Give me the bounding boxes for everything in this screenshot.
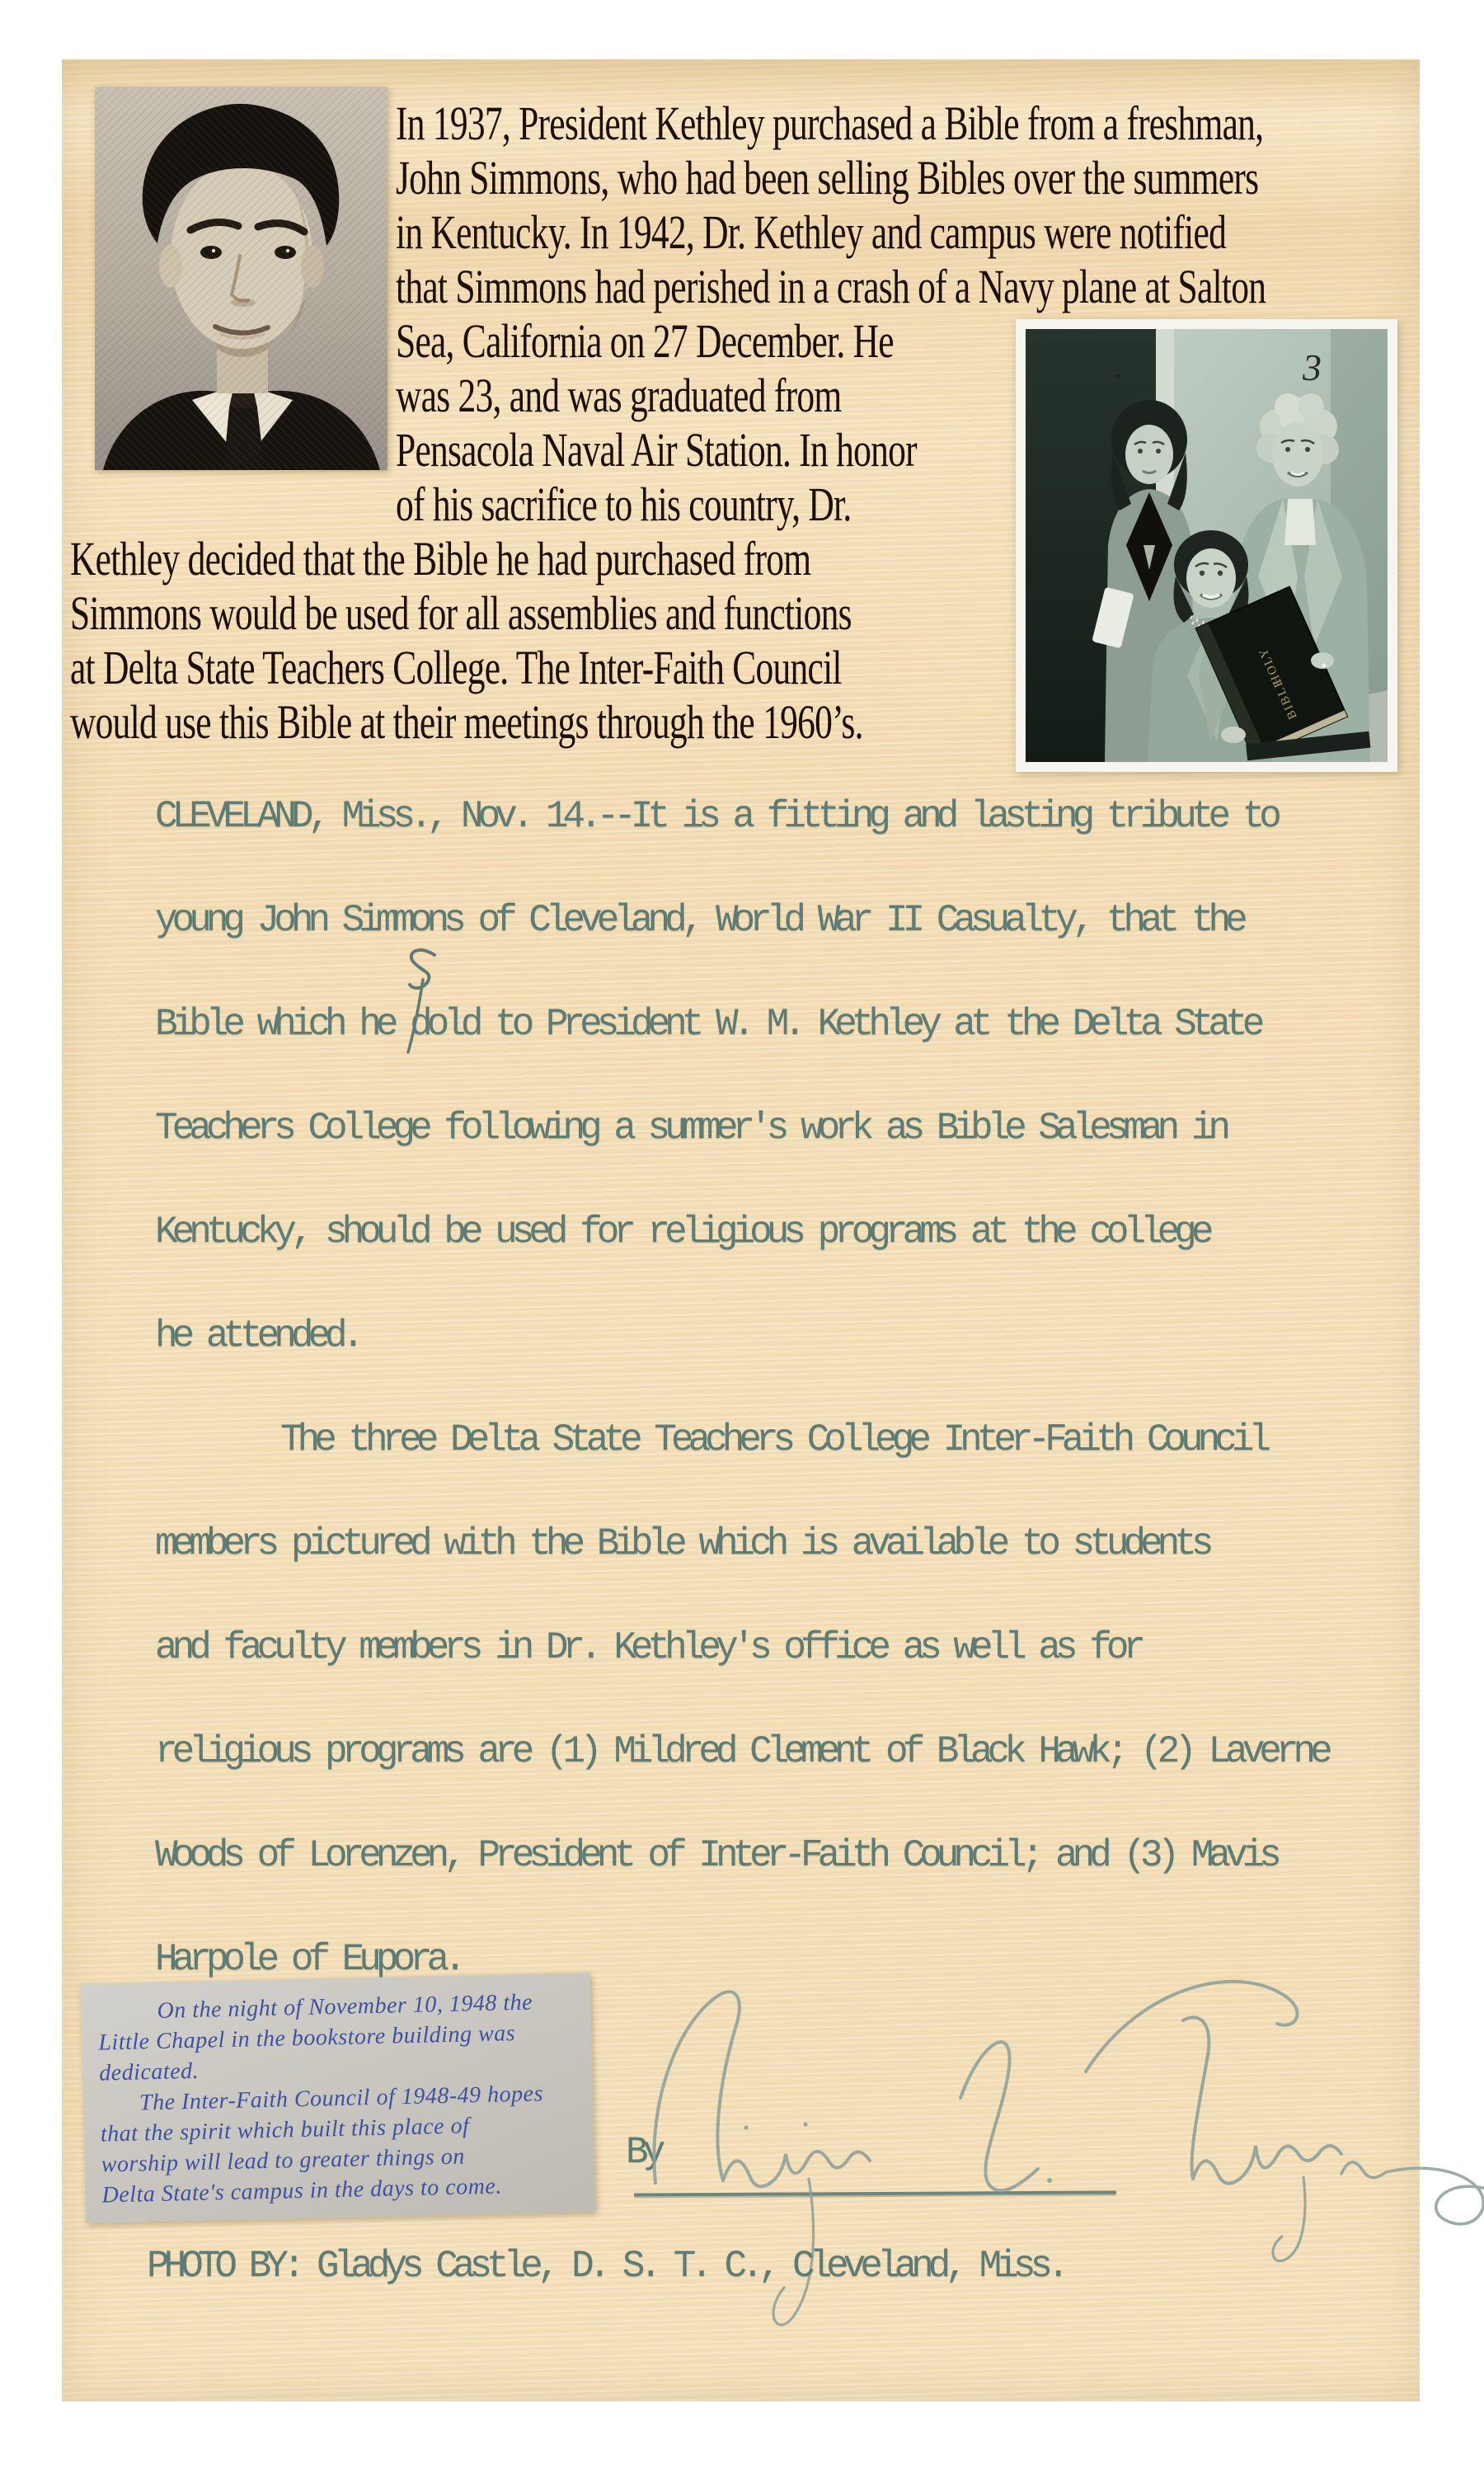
typed-line: religious programs are (1) Mildred Cleme… [155, 1730, 1327, 1773]
intro-line: In 1937, President Kethley purchased a B… [396, 99, 1263, 148]
intro-line: Kethley decided that the Bible he had pu… [70, 534, 810, 584]
intro-line: that Simmons had perished in a crash of … [396, 262, 1266, 312]
portrait-photo [95, 87, 387, 470]
typed-line: and faculty members in Dr. Kethley's off… [155, 1626, 1140, 1669]
handwritten-correction: S [403, 943, 441, 1067]
typed-line: Bible which he dold to President W. M. K… [155, 1003, 1259, 1046]
correction-letter: S [238, 778, 239, 779]
intro-line: Pensacola Naval Air Station. In honor [396, 426, 917, 475]
women-photo-illustration: 3 [1026, 329, 1388, 762]
intro-line: at Delta State Teachers College. The Int… [70, 643, 842, 693]
intro-line: would use this Bible at their meetings t… [70, 698, 863, 747]
typed-line: CLEVELAND, Miss., Nov. 14.--It is a fitt… [155, 795, 1276, 838]
intro-line: Simmons would be used for all assemblies… [70, 589, 852, 638]
portrait-illustration [95, 87, 387, 470]
note-card: On the night of November 10, 1948 the Li… [81, 1973, 595, 2223]
typed-line: members pictured with the Bible which is… [155, 1522, 1208, 1565]
typed-line: The three Delta State Teachers College I… [280, 1418, 1266, 1461]
women-photo: 3 [1016, 319, 1397, 772]
typed-line-part: Bible which he [155, 1003, 410, 1046]
intro-line: was 23, and was graduated from [396, 371, 841, 421]
intro-line: in Kentucky. In 1942, Dr. Kethley and ca… [396, 208, 1226, 257]
intro-line: of his sacrifice to his country, Dr. [396, 480, 851, 529]
handwritten-mark-3: 3 [1302, 346, 1322, 388]
photo-credit: PHOTO BY: Gladys Castle, D. S. T. C., Cl… [147, 2245, 1064, 2288]
typed-line: Woods of Lorenzen, President of Inter-Fa… [155, 1834, 1276, 1877]
scrapbook-page: 3 [62, 59, 1420, 2401]
typed-line: he attended. [155, 1315, 359, 1357]
intro-line: John Simmons, who had been selling Bible… [396, 153, 1258, 203]
intro-line: Sea, California on 27 December. He [396, 317, 894, 366]
typed-line: Harpole of Eupora. [155, 1938, 461, 1981]
by-label: By [626, 2131, 660, 2174]
typed-line-part: to President W. M. Kethley at the Delta … [478, 1003, 1260, 1046]
signature-line [634, 2190, 1116, 2196]
typed-line: young John Simmons of Cleveland, World W… [155, 899, 1242, 942]
typed-line: Kentucky, should be used for religious p… [155, 1211, 1208, 1253]
typed-line: Teachers College following a summer's wo… [155, 1107, 1225, 1150]
